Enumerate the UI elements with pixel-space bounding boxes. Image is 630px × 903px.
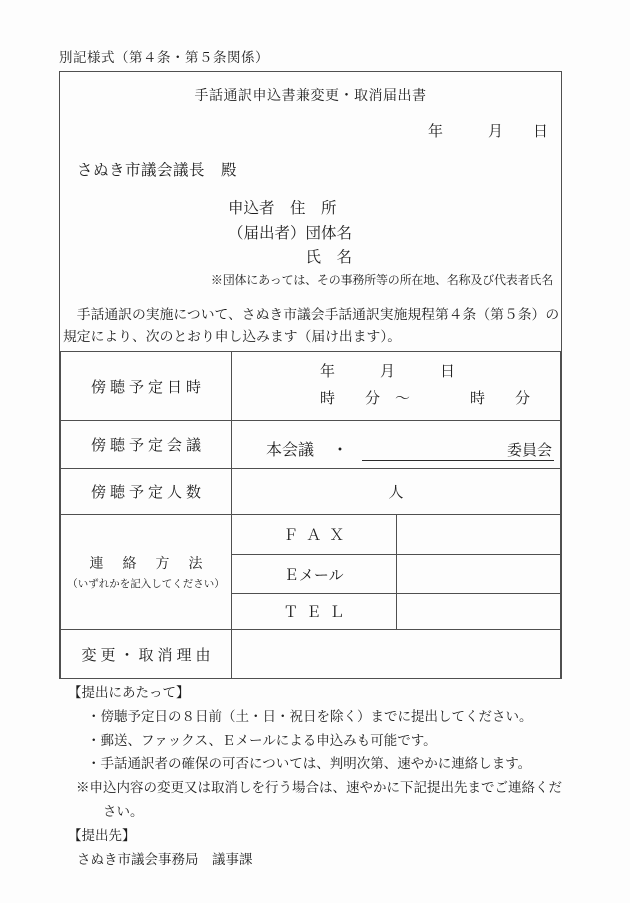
tel-label-cell: ＴＥＬ bbox=[232, 594, 397, 630]
destination-header: 【提出先】 bbox=[68, 824, 599, 848]
change-reason-value-cell bbox=[232, 630, 561, 679]
application-form: 手話通訳申込書兼変更・取消届出書 年 月 日 さぬき市議会議長 殿 申込者 住 … bbox=[59, 71, 562, 679]
row-hearing-datetime: 傍聴予定日時 年 月 日 時 分 ～ 時 分 bbox=[61, 352, 561, 421]
meeting-separator-dot: ・ bbox=[332, 437, 348, 460]
addressee-line: さぬき市議会議長 殿 bbox=[77, 158, 237, 180]
hearing-attendees-value-cell: 人 bbox=[232, 469, 561, 515]
datetime-time-line: 時 分 ～ 時 分 bbox=[320, 386, 560, 413]
note-item-methods: ・郵送、ファックス、Ｅメールによる申込みも可能です。 bbox=[87, 729, 599, 753]
document-page: 別記様式（第４条・第５条関係） 手話通訳申込書兼変更・取消届出書 年 月 日 さ… bbox=[0, 0, 630, 903]
contact-method-title: 連絡方法 bbox=[61, 553, 232, 573]
form-title: 手話通訳申込書兼変更・取消届出書 bbox=[60, 85, 561, 105]
body-line-1: 手話通訳の実施について、さぬき市議会手話通訳実施規程第４条（第５条）の bbox=[63, 304, 559, 326]
caution-line-2: さい。 bbox=[103, 800, 599, 824]
attendees-unit: 人 bbox=[388, 485, 403, 501]
applicant-note: ※団体にあっては、その事務所等の所在地、名称及び代表者氏名 bbox=[211, 271, 553, 288]
applicant-line-organization: （届出者）団体名 bbox=[228, 222, 352, 247]
note-item-deadline: ・傍聴予定日の８日前（土・日・祝日を除く）までに提出してください。 bbox=[87, 705, 599, 729]
committee-blank-underline: 委員会 bbox=[362, 439, 554, 461]
hearing-datetime-value-cell: 年 月 日 時 分 ～ 時 分 bbox=[232, 352, 561, 421]
footer-notes: 【提出にあたって】 ・傍聴予定日の８日前（土・日・祝日を除く）までに提出してくだ… bbox=[59, 681, 599, 871]
destination-line: さぬき市議会事務局 議事課 bbox=[77, 848, 599, 872]
caution-line-1: ※申込内容の変更又は取消しを行う場合は、速やかに下記提出先までご連絡くだ bbox=[76, 776, 599, 800]
datetime-date-line: 年 月 日 bbox=[320, 359, 560, 386]
note-item-availability: ・手話通訳者の確保の可否については、判明次第、速やかに連絡します。 bbox=[87, 752, 599, 776]
hearing-meeting-value-cell: 本会議 ・ 委員会 bbox=[232, 421, 561, 469]
date-line: 年 月 日 bbox=[428, 120, 548, 141]
row-change-reason: 変更・取消理由 bbox=[61, 630, 561, 679]
row-hearing-meeting: 傍聴予定会議 本会議 ・ 委員会 bbox=[61, 421, 561, 469]
email-label-cell: Ｅメール bbox=[232, 555, 397, 594]
contact-method-note: （いずれかを記入してください） bbox=[61, 576, 231, 591]
form-style-label: 別記様式（第４条・第５条関係） bbox=[59, 46, 269, 66]
applicant-block: 申込者 住 所 （届出者）団体名 氏 名 bbox=[228, 197, 352, 271]
email-value-cell bbox=[396, 555, 561, 594]
meeting-option-plenary: 本会議 bbox=[266, 437, 314, 460]
row-contact-fax: 連絡方法 （いずれかを記入してください） ＦＡＸ bbox=[61, 515, 561, 555]
applicant-line-name: 氏 名 bbox=[228, 246, 352, 271]
fax-label-cell: ＦＡＸ bbox=[232, 515, 397, 555]
tel-value-cell bbox=[396, 594, 561, 630]
label-hearing-attendees: 傍聴予定人数 bbox=[61, 469, 232, 515]
label-contact-method: 連絡方法 （いずれかを記入してください） bbox=[61, 515, 232, 630]
label-hearing-datetime: 傍聴予定日時 bbox=[61, 352, 232, 421]
application-table: 傍聴予定日時 年 月 日 時 分 ～ 時 分 傍聴予定会議 本会議 ・ 委員会 bbox=[60, 351, 561, 679]
applicant-line-address: 申込者 住 所 bbox=[228, 197, 352, 222]
form-body-paragraph: 手話通訳の実施について、さぬき市議会手話通訳実施規程第４条（第５条）の 規定によ… bbox=[63, 304, 559, 348]
committee-suffix: 委員会 bbox=[507, 443, 552, 459]
row-hearing-attendees: 傍聴予定人数 人 bbox=[61, 469, 561, 515]
body-line-2: 規定により、次のとおり申し込みます（届け出ます）。 bbox=[63, 326, 559, 348]
label-change-reason: 変更・取消理由 bbox=[61, 630, 232, 679]
label-hearing-meeting: 傍聴予定会議 bbox=[61, 421, 232, 469]
submission-notes-header: 【提出にあたって】 bbox=[68, 681, 599, 705]
fax-value-cell bbox=[396, 515, 561, 555]
